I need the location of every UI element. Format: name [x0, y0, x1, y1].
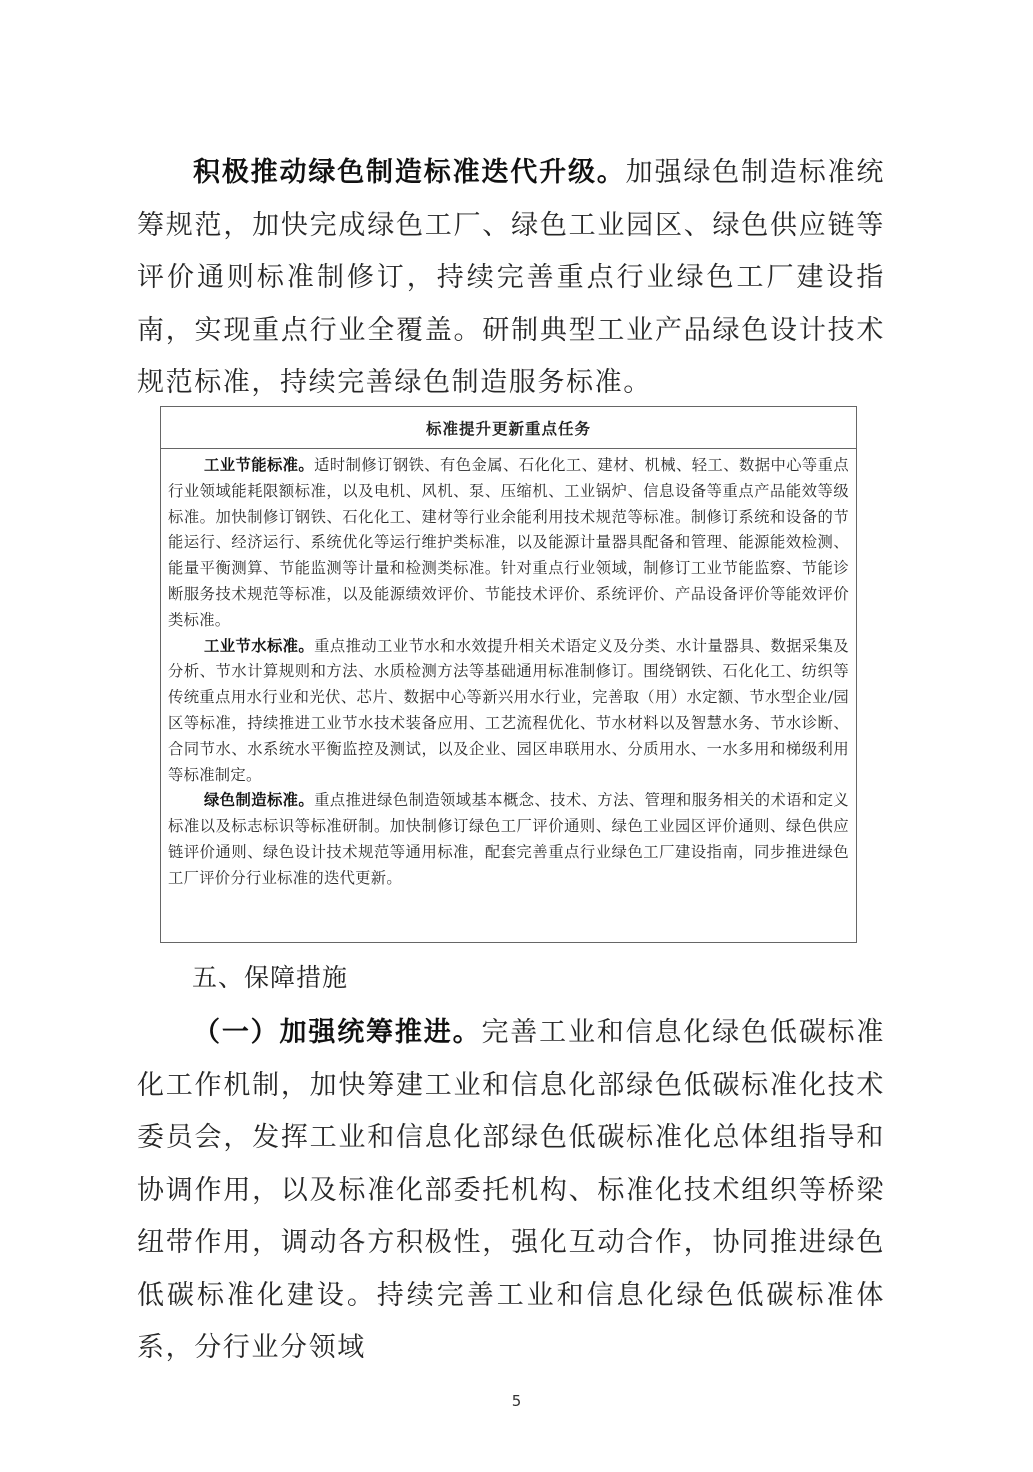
task-item-lead: 工业节能标准。	[204, 456, 314, 474]
paragraph-text: 加强绿色制造标准统筹规范，加快完成绿色工厂、绿色工业园区、绿色供应链等评价通则标…	[137, 157, 885, 398]
section-heading-safeguards: 五、保障措施	[192, 958, 348, 998]
task-item-text: 重点推动工业节水和水效提升相关术语定义及分类、水计量器具、数据采集及分析、节水计…	[168, 637, 849, 784]
paragraph-coordination: （一）加强统筹推进。完善工业和信息化绿色低碳标准化工作机制，加快筹建工业和信息化…	[137, 1007, 885, 1375]
task-item-lead: 绿色制造标准。	[204, 791, 314, 809]
task-item-green-manufacturing: 绿色制造标准。重点推进绿色制造领域基本概念、技术、方法、管理和服务相关的术语和定…	[168, 788, 849, 891]
paragraph-green-manufacturing-standards: 积极推动绿色制造标准迭代升级。加强绿色制造标准统筹规范，加快完成绿色工厂、绿色工…	[137, 147, 885, 410]
task-item-energy-saving: 工业节能标准。适时制修订钢铁、有色金属、石化化工、建材、机械、轻工、数据中心等重…	[168, 453, 849, 634]
key-tasks-box: 标准提升更新重点任务 工业节能标准。适时制修订钢铁、有色金属、石化化工、建材、机…	[160, 406, 857, 943]
paragraph-text: 完善工业和信息化绿色低碳标准化工作机制，加快筹建工业和信息化部绿色低碳标准化技术…	[137, 1017, 885, 1363]
page-number: 5	[0, 1392, 1033, 1410]
task-item-text: 适时制修订钢铁、有色金属、石化化工、建材、机械、轻工、数据中心等重点行业领域能耗…	[168, 456, 849, 629]
task-item-water-saving: 工业节水标准。重点推动工业节水和水效提升相关术语定义及分类、水计量器具、数据采集…	[168, 634, 849, 789]
document-page: 积极推动绿色制造标准迭代升级。加强绿色制造标准统筹规范，加快完成绿色工厂、绿色工…	[0, 0, 1033, 1472]
key-tasks-title: 标准提升更新重点任务	[161, 407, 856, 449]
paragraph-lead: 积极推动绿色制造标准迭代升级。	[193, 157, 626, 188]
task-item-lead: 工业节水标准。	[204, 637, 314, 655]
key-tasks-body: 工业节能标准。适时制修订钢铁、有色金属、石化化工、建材、机械、轻工、数据中心等重…	[161, 449, 856, 892]
paragraph-lead: （一）加强统筹推进。	[193, 1017, 481, 1048]
